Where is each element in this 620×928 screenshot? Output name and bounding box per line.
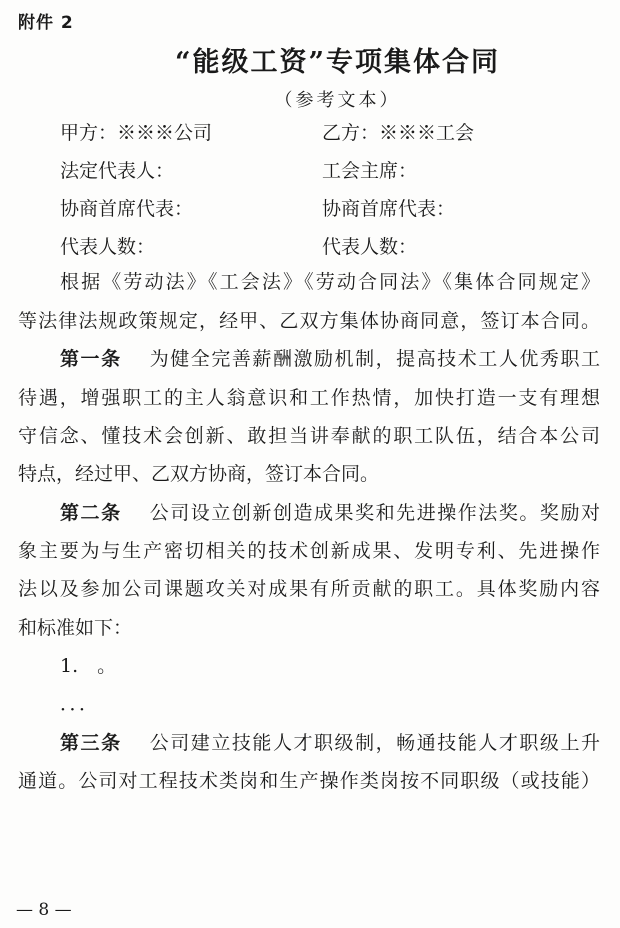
document-title: “能级工资”专项集体合同 [0,40,620,79]
article-2-first-line: 第二条 公司设立创新创造成果奖和先进操作法奖。奖励对 [60,501,600,525]
article-2-text: 公司设立创新创造成果奖和先进操作法奖。奖励对 [150,502,600,524]
article-3-text: 公司建立技能人才职级制，畅通技能人才职级上升 [150,732,600,754]
preamble-line: 等法律法规政策规定，经甲、乙双方集体协商同意，签订本合同。 [18,309,600,333]
article-3-line: 通道。公司对工程技术类岗和生产操作类岗按不同职级（或技能） [18,769,600,793]
article-2-line: 和标准如下： [18,616,600,640]
party-b-rep-count: 代表人数： [322,235,417,259]
article-1-line: 守信念、懂技术会创新、敢担当讲奉献的职工队伍，结合本公司 [18,424,600,448]
party-b-union-chair: 工会主席： [322,159,417,183]
party-a-name: 甲方：※※※公司 [60,121,212,145]
article-1-line: 待遇，增强职工的主人翁意识和工作热情，加快打造一支有理想 [18,386,600,410]
document-subtitle: （参考文本） [0,86,620,112]
attachment-label: 附件 2 [18,8,74,33]
article-1-text: 为健全完善薪酬激励机制，提高技术工人优秀职工 [150,348,600,370]
party-a-chief-negotiator: 协商首席代表： [60,197,193,221]
party-a-legal-rep: 法定代表人： [60,159,174,183]
article-2-line: 象主要为与生产密切相关的技术创新成果、发明专利、先进操作 [18,539,600,563]
article-1-heading: 第一条 [60,348,122,370]
party-b-chief-negotiator: 协商首席代表： [322,197,455,221]
article-3-heading: 第三条 [60,732,122,754]
article-3-first-line: 第三条 公司建立技能人才职级制，畅通技能人才职级上升 [60,731,600,755]
article-2-line: 法以及参加公司课题攻关对成果有所贡献的职工。具体奖励内容 [18,577,600,601]
preamble-line: 根据《劳动法》《工会法》《劳动合同法》《集体合同规定》 [60,270,600,294]
page-number: — 8 — [16,900,72,920]
party-b-name: 乙方：※※※工会 [322,121,474,145]
article-2-ellipsis: ．．． [60,692,98,716]
article-1-line: 特点，经过甲、乙双方协商，签订本合同。 [18,462,600,486]
article-1-first-line: 第一条 为健全完善薪酬激励机制，提高技术工人优秀职工 [60,347,600,371]
party-a-rep-count: 代表人数： [60,235,155,259]
article-2-item: 1. 。 [60,654,116,678]
article-2-heading: 第二条 [60,502,122,524]
